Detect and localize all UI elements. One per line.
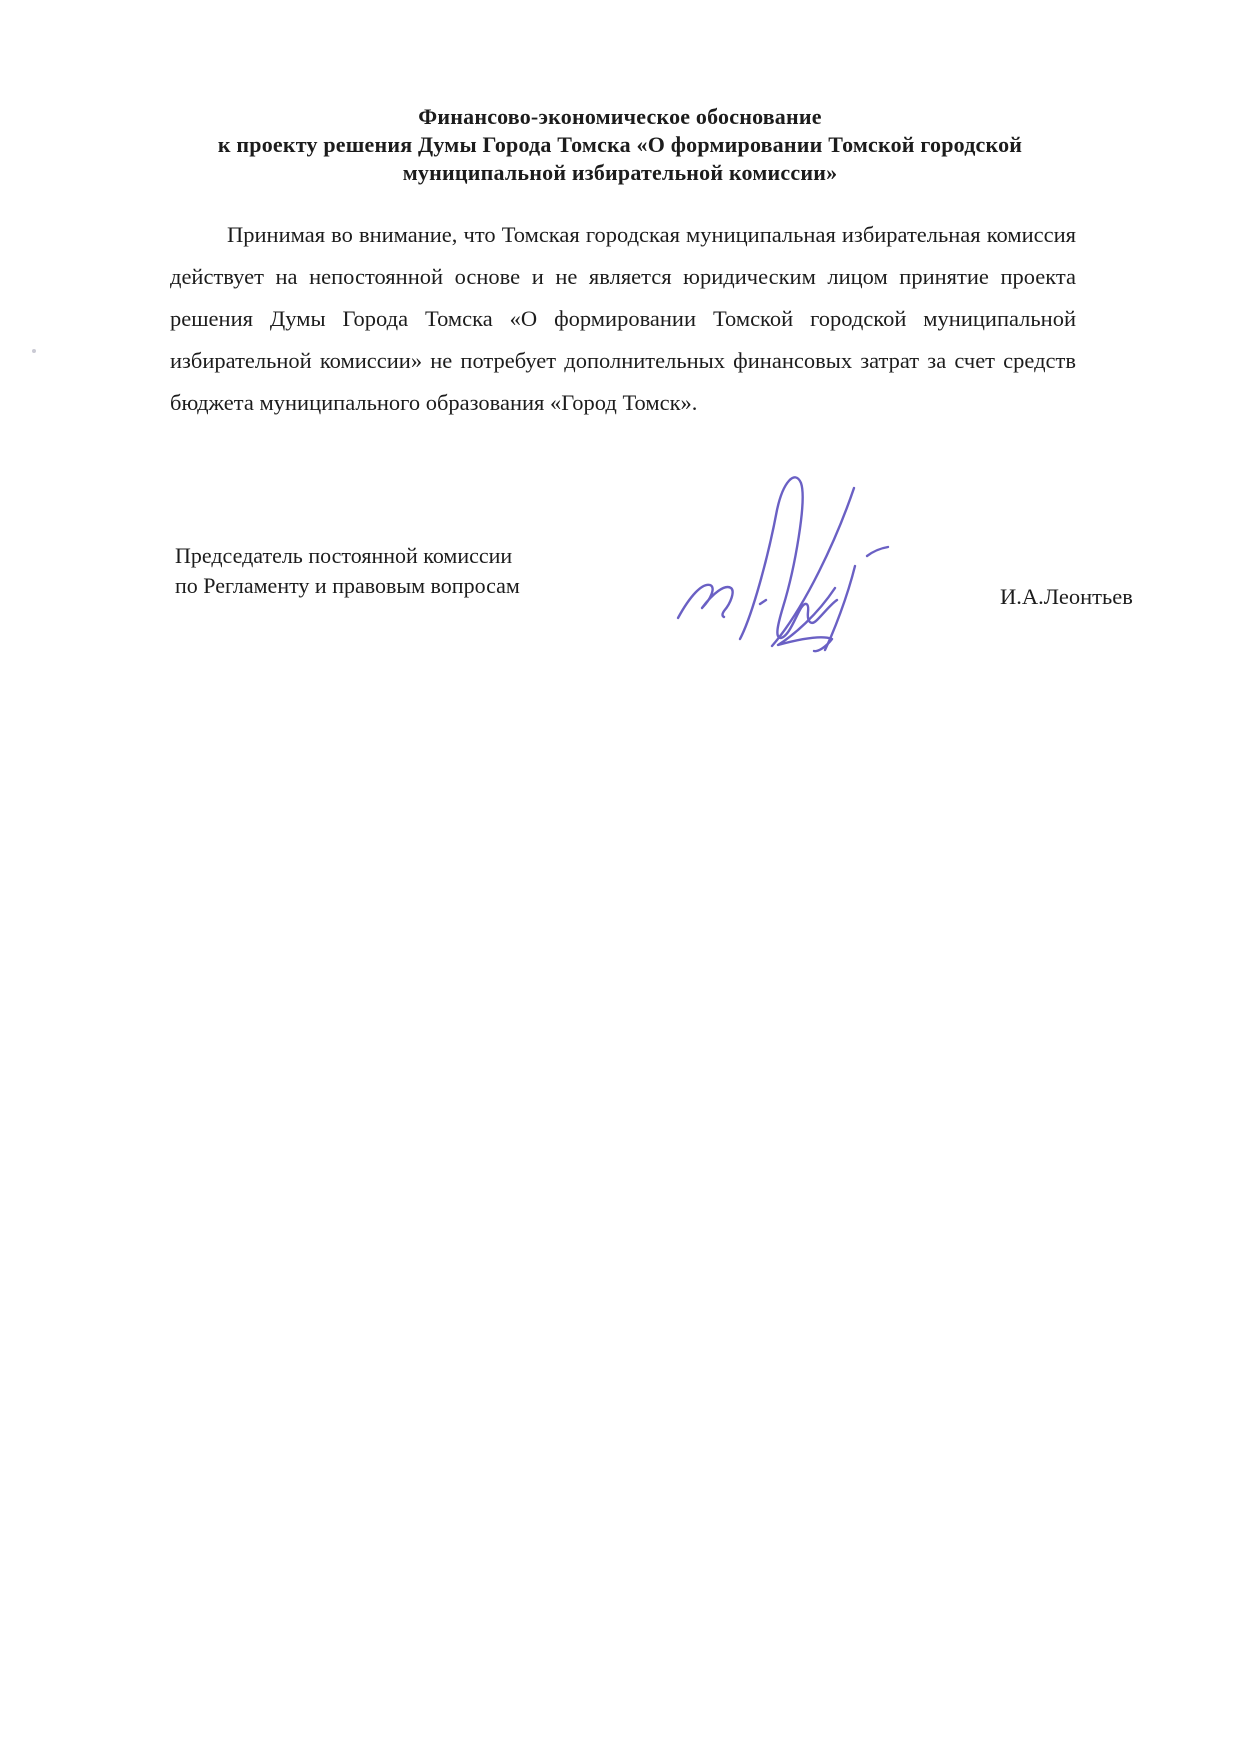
paragraph-line: бюджета муниципального образования «Горо… — [170, 382, 1076, 424]
document-title: Финансово-экономическое обоснование к пр… — [110, 103, 1130, 187]
document-title-line-3: муниципальной избирательной комиссии» — [110, 159, 1130, 187]
signer-position-line-2: по Регламенту и правовым вопросам — [175, 571, 520, 601]
signature-strokes — [678, 477, 888, 651]
paragraph-line: Принимая во внимание, что Томская городс… — [170, 214, 1076, 256]
handwritten-signature-icon — [664, 466, 900, 656]
signer-name: И.А.Леонтьев — [1000, 583, 1133, 611]
paragraph-line: избирательной комиссии» не потребует доп… — [170, 340, 1076, 382]
document-page: Финансово-экономическое обоснование к пр… — [0, 0, 1240, 1753]
paragraph-line: действует на непостоянной основе и не яв… — [170, 256, 1076, 298]
document-body-paragraph: Принимая во внимание, что Томская городс… — [170, 214, 1076, 424]
document-title-line-1: Финансово-экономическое обоснование — [110, 103, 1130, 131]
scan-artifact-speck — [32, 349, 36, 353]
signer-position-line-1: Председатель постоянной комиссии — [175, 541, 520, 571]
signer-position-block: Председатель постоянной комиссии по Регл… — [175, 541, 520, 601]
paragraph-line: решения Думы Города Томска «О формирован… — [170, 298, 1076, 340]
document-title-line-2: к проекту решения Думы Города Томска «О … — [110, 131, 1130, 159]
